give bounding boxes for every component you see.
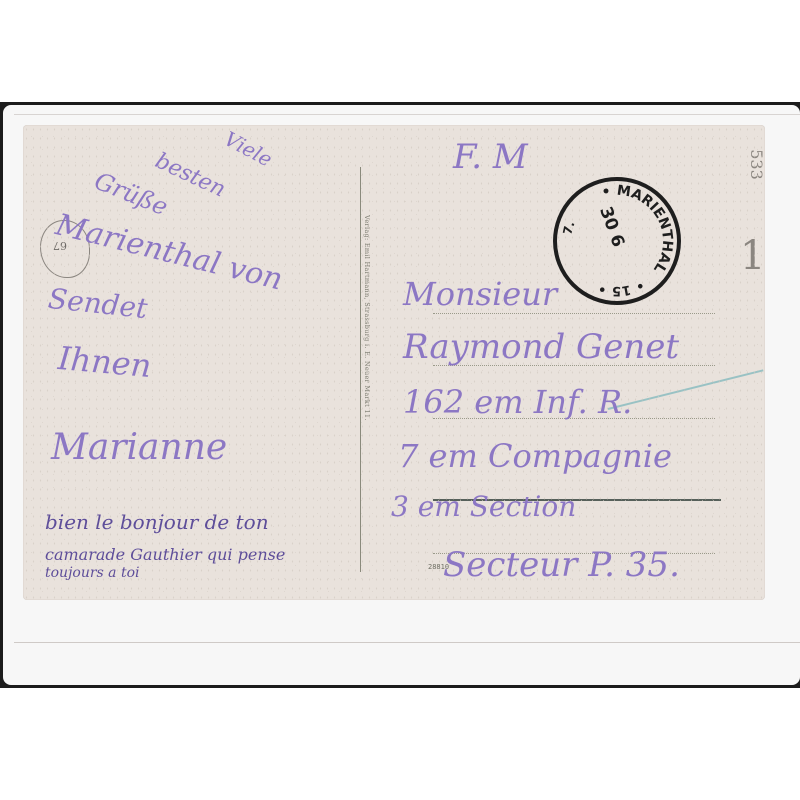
center-divider: [360, 167, 361, 572]
message-line: Marianne: [51, 427, 227, 468]
address-line: 162 em Inf. R.: [403, 383, 632, 421]
footnote-line: bien le bonjour de ton: [45, 510, 269, 534]
postcard-back: Verlag: Emil Hartmann, Strassburg i. E. …: [23, 125, 765, 600]
svg-text:• 15 •: • 15 •: [596, 276, 646, 298]
svg-text:7.: 7.: [560, 219, 577, 236]
pencil-tick-mark: 1: [740, 233, 765, 279]
address-line: Raymond Genet: [403, 327, 679, 367]
publisher-imprint: Verlag: Emil Hartmann, Strassburg i. E. …: [363, 215, 371, 421]
address-line: Monsieur: [403, 275, 557, 313]
address-rule: [433, 313, 715, 314]
message-line: Marienthal von: [52, 207, 286, 297]
message-line: Sendet: [47, 282, 149, 325]
franchise-militaire-mark: F. M: [453, 137, 528, 177]
footnote-line: toujours a toi: [45, 565, 140, 581]
message-line: Ihnen: [57, 339, 153, 385]
sleeve-edge: [14, 114, 800, 115]
pencil-corner-mark: 533: [747, 149, 766, 180]
address-line: 7 em Compagnie: [398, 437, 672, 475]
message-line: Viele: [220, 127, 276, 172]
footnote-line: camarade Gauthier qui pense: [45, 545, 285, 564]
address-line: Secteur P. 35.: [443, 545, 680, 585]
postmark-stamp: • MARIENTHAL 7. • 15 • 30 6: [553, 177, 681, 305]
sleeve-edge: [14, 642, 800, 643]
address-line: 3 em Section: [391, 490, 576, 523]
